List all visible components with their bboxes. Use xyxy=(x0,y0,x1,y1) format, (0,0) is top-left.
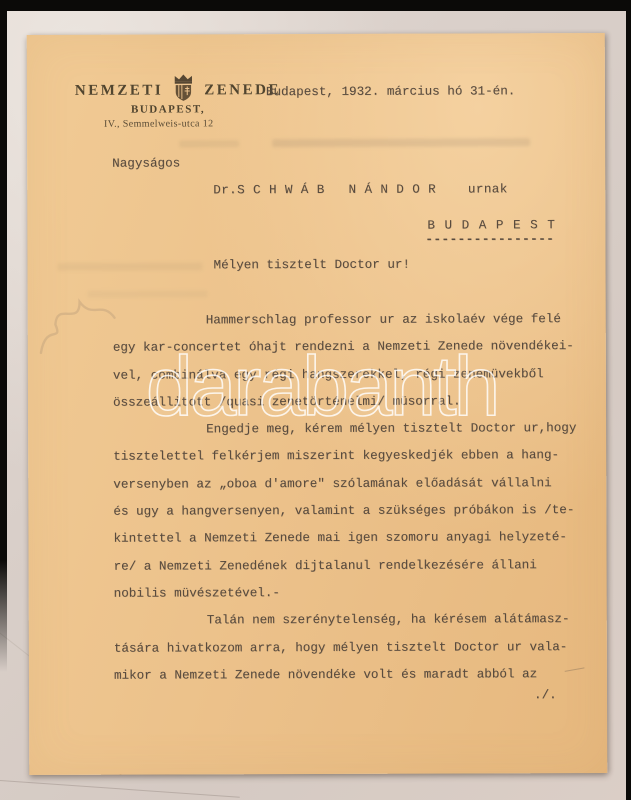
continuation-mark: ./. xyxy=(534,688,557,702)
hungarian-coat-of-arms-icon xyxy=(172,72,195,101)
body-line: tására hivatkozom arra, hogy mélyen tisz… xyxy=(114,640,592,669)
body-line: versenyben az „oboa d'amore" szólamának … xyxy=(113,476,591,505)
body-line: és ugy a hangversenyen, valamint a szüks… xyxy=(113,503,591,532)
ink-bleed-ghost xyxy=(272,138,530,147)
recipient-name: Dr.S C H W Á B N Á N D O R urnak xyxy=(213,182,507,197)
ink-bleed-ghost xyxy=(179,140,239,147)
body-line: tisztelettel felkérjem miszerint kegyesk… xyxy=(113,449,591,478)
letter-document: NEMZETI ZENEDE BUDAPEST, IV., Semmelweis… xyxy=(27,33,608,775)
photo-frame-edge xyxy=(0,0,7,800)
date-line: Budapest, 1932. március hó 31-én. xyxy=(266,84,515,99)
salutation: Mélyen tisztelt Doctor ur! xyxy=(213,258,410,273)
letter-photo-scene: NEMZETI ZENEDE BUDAPEST, IV., Semmelweis… xyxy=(0,0,631,800)
body-line: vel, combinálva egy régi hangszerekkel, … xyxy=(113,367,591,396)
body-line: nobilis müvészetével.- xyxy=(114,585,592,614)
photo-frame-edge xyxy=(626,0,631,800)
body-line: Engedje meg, kérem mélyen tisztelt Docto… xyxy=(113,421,591,450)
recipient-honorific: Nagyságos xyxy=(112,156,180,170)
letterhead-org-name: NEMZETI ZENEDE xyxy=(75,80,281,102)
body-line: kintettel a Nemzeti Zenede mai igen szom… xyxy=(113,530,591,559)
photo-frame-edge xyxy=(0,0,631,11)
letter-body: Hammerschlag professor ur az iskolaév vé… xyxy=(113,312,592,696)
body-line: Talán nem szerénytelenség, ha kérésem al… xyxy=(114,612,592,641)
org-name-left: NEMZETI xyxy=(75,83,163,100)
letterhead-address: IV., Semmelweis-utca 12 xyxy=(104,118,214,129)
letterhead-city: BUDAPEST, xyxy=(131,103,205,115)
ink-bleed-ghost xyxy=(58,262,203,271)
recipient-city-underline: ---------------- xyxy=(425,232,554,246)
body-line: mikor a Nemzeti Zenede növendéke volt és… xyxy=(114,667,592,696)
body-line: Hammerschlag professor ur az iskolaév vé… xyxy=(113,312,591,341)
body-line: egy kar-concertet óhajt rendezni a Nemze… xyxy=(113,339,591,368)
body-line: összeállitott /quasi zenetörténelmi/ müs… xyxy=(113,394,591,423)
recipient-city: B U D A P E S T xyxy=(427,218,555,232)
body-line: re/ a Nemzeti Zenedének dijtalanul rende… xyxy=(114,558,592,587)
surface-crease xyxy=(0,779,240,797)
